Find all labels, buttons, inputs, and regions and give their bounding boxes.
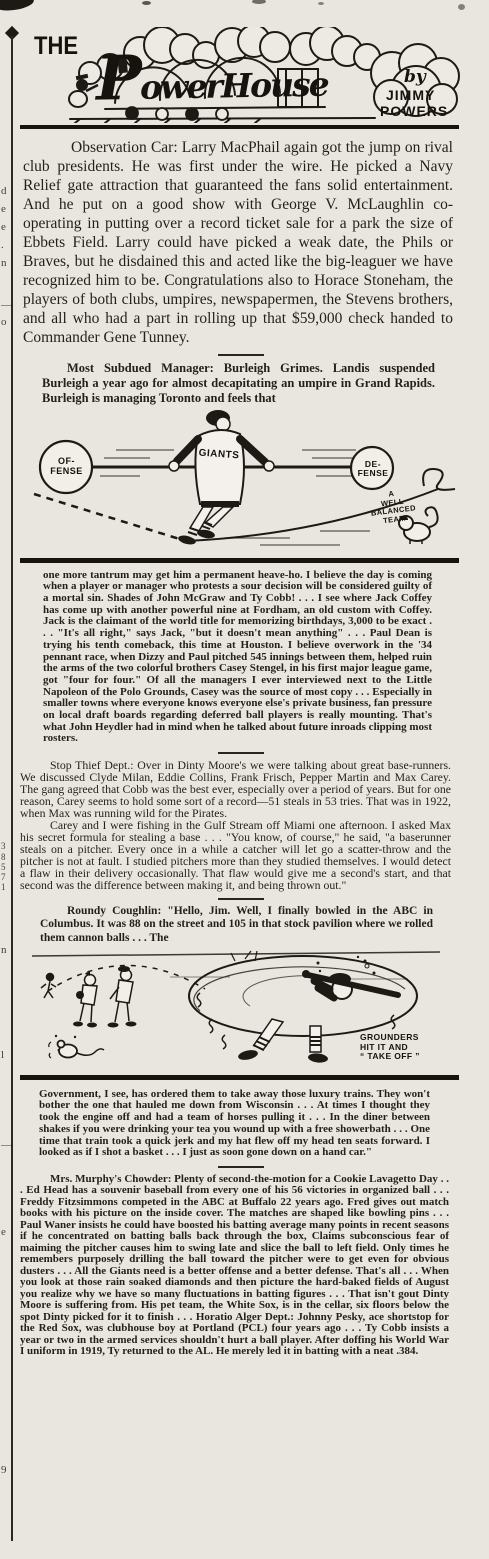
section-divider [218,354,264,356]
newspaper-column-scan: d e e . n — o 3 8 5 7 1 n l — e 9 [0,0,489,1559]
cartoon-grounders-take-off: GROUNDERS HIT IT AND “ TAKE OFF ” [20,949,461,1073]
paragraph-most-subdued-manager: Most Subdued Manager: Burleigh Grimes. L… [42,361,435,407]
margin-fragment: e [1,221,11,233]
paragraph-tantrum-continuation: one more tantrum may get him a permanent… [43,570,432,746]
margin-fragment: 3 [1,841,11,851]
margin-fragment: 7 [1,872,11,882]
fielder-two [108,966,137,1028]
margin-fragment: n [1,944,11,956]
section-divider [218,752,264,754]
masthead-title: PowerHouse [95,38,396,114]
swing-whirl [189,956,417,1036]
paragraph-observation-car: Observation Car: Larry MacPhail again go… [23,138,453,347]
margin-fragment: 9 [1,1464,11,1476]
masthead-rule [20,125,459,129]
margin-fragment: . [1,239,11,251]
byline-author-last: POWERS [380,103,448,119]
fielder-one [73,972,97,1028]
masthead-kicker: THE [34,31,78,61]
giants-player-figure [169,410,274,546]
cartoon-bottom-rule [20,558,459,563]
grounders-caption: GROUNDERS HIT IT AND “ TAKE OFF ” [360,1033,454,1062]
section-divider [218,1166,264,1168]
masthead: THE PowerHouse by JIMMY POWERS [20,27,461,123]
batter-legs [237,1019,328,1064]
cartoon-well-balanced-team: OF- FENSE DE- FENSE GIANTS A WELL BALANC… [20,410,461,556]
tightrope-player-illustration [20,410,461,556]
margin-fragment: 1 [1,882,11,892]
byline-by: by [404,67,426,87]
paragraph-roundy-coughlin: Roundy Coughlin: "Hello, Jim. Well, I fi… [40,905,433,945]
defense-label: DE- FENSE [352,460,394,480]
section-divider [218,898,264,900]
margin-fragment: l [1,1049,11,1061]
small-fielder-far-left [41,973,56,998]
cartoon-bottom-rule [20,1075,459,1080]
margin-fragment: — [1,1139,11,1151]
margin-fragment: d [1,185,11,197]
mouse-figure [49,1035,104,1058]
margin-fragment: 5 [1,862,11,872]
offense-label: OF- FENSE [40,456,93,477]
paragraph-stop-thief-dept: Stop Thief Dept.: Over in Dinty Moore's … [20,759,451,819]
column-rule [11,36,13,1541]
byline-author-first: JIMMY [386,87,435,103]
margin-fragment: 8 [1,852,11,862]
paragraph-mrs-murphys-chowder: Mrs. Murphy's Chowder: Plenty of second-… [20,1174,449,1358]
margin-fragment: e [1,1226,11,1238]
margin-fragment: — [1,299,11,311]
margin-fragment: e [1,203,11,215]
paragraph-government-trains: Government, I see, has ordered them to t… [39,1089,430,1159]
paragraph-carey-fishing: Carey and I were fishing in the Gulf Str… [20,819,451,891]
margin-fragment: n [1,257,11,269]
margin-fragment: o [1,316,11,328]
